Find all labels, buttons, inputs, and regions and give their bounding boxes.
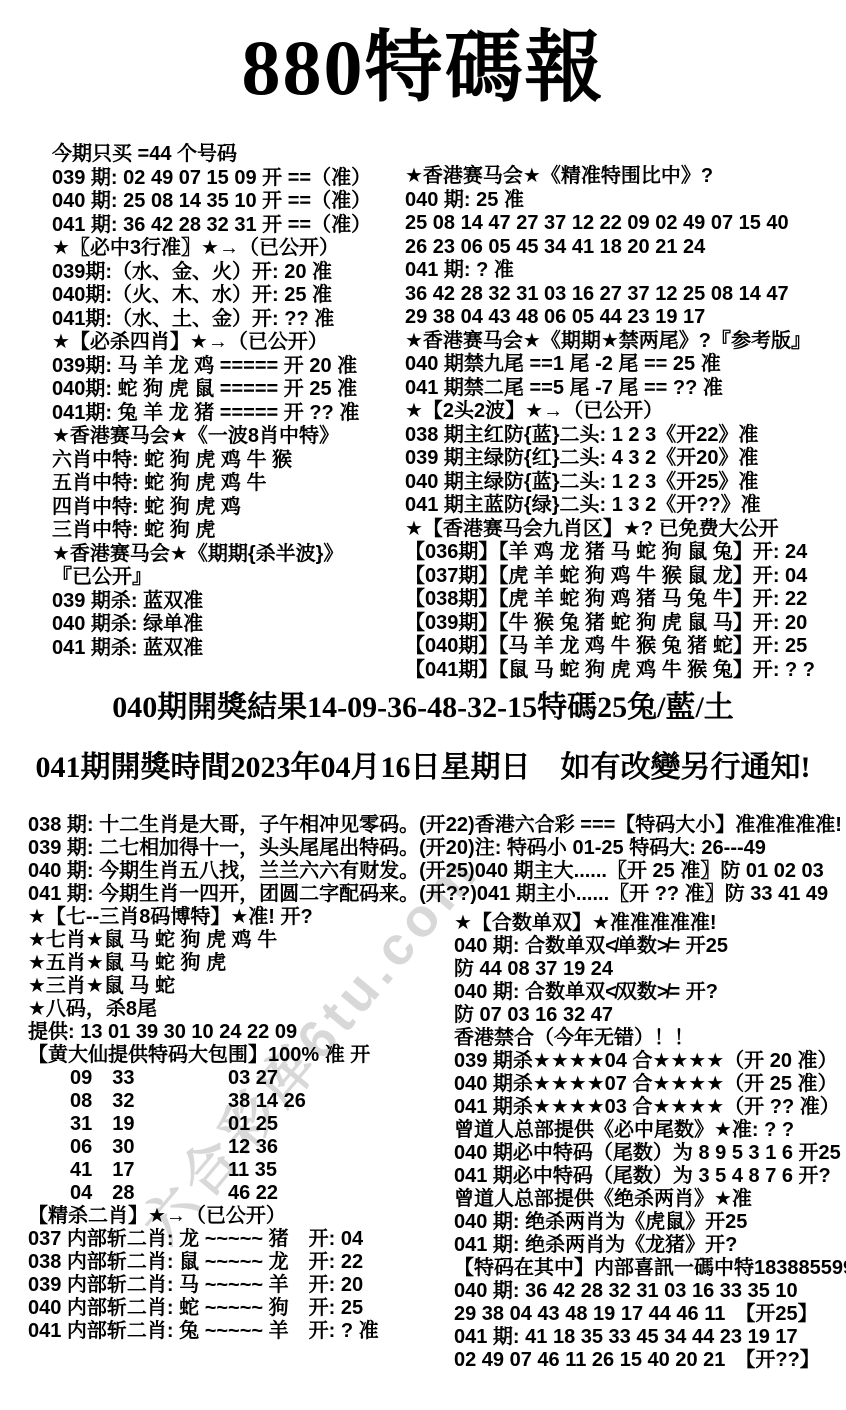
text-line: 041 期: 36 42 28 32 31 开 ==（准） [52, 214, 405, 238]
bottom-right-column: ★【合数单双】★准准准准准!040 期: 合数单双≮单数≯= 开25防 44 0… [430, 906, 846, 1372]
text-line: 039 期杀★★★★04 合★★★★（开 20 准） [454, 1050, 846, 1073]
number-pair: 03 27 [228, 1067, 306, 1090]
text-line: 【039期】【牛 猴 兔 猪 蛇 狗 虎 鼠 马】开: 20 [405, 612, 846, 636]
number-pair: 46 22 [228, 1182, 306, 1205]
text-line: 039 期主绿防{红}二头: 4 3 2《开20》准 [405, 447, 846, 471]
number-pair: 12 36 [228, 1136, 306, 1159]
page-title: 880特碼報 [0, 20, 846, 115]
text-line: 041 期禁二尾 ==5 尾 -7 尾 == ?? 准 [405, 377, 846, 401]
bottom-left-column: ★【七--三肖8码博特】★准! 开?★七肖★鼠 马 蛇 狗 虎 鸡 牛★五肖★鼠… [0, 906, 430, 1372]
text-line: 五肖中特: 蛇 狗 虎 鸡 牛 [52, 472, 405, 496]
bottom-left-top-lines: ★【七--三肖8码博特】★准! 开?★七肖★鼠 马 蛇 狗 虎 鸡 牛★五肖★鼠… [28, 906, 430, 1067]
text-line: 29 38 04 43 48 19 17 44 46 11 【开25】 [454, 1303, 846, 1326]
text-line: ★五肖★鼠 马 蛇 狗 虎 [28, 952, 430, 975]
text-line: 040 期: 合数单双≮单数≯= 开25 [454, 935, 846, 958]
text-line: 提供: 13 01 39 30 10 24 22 09 [28, 1021, 430, 1044]
number-pair: 31 19 [70, 1113, 198, 1136]
number-pair: 41 17 [70, 1159, 198, 1182]
text-line: 038 内部斩二肖: 鼠 ~~~~~ 龙 开: 22 [28, 1251, 430, 1274]
top-right-column: ★香港赛马会★《精准特围比中》?040 期: 25 准25 08 14 47 2… [405, 143, 846, 682]
text-line: 六肖中特: 蛇 狗 虎 鸡 牛 猴 [52, 449, 405, 473]
next-draw-time-banner: 041期開獎時間2023年04月16日星期日 如有改變另行通知! [0, 750, 846, 786]
text-line: 041 内部斩二肖: 兔 ~~~~~ 羊 开: ? 准 [28, 1320, 430, 1343]
top-section: 今期只买 =44 个号码039 期: 02 49 07 15 09 开 ==（准… [0, 143, 846, 682]
text-line: 040 期杀: 绿单准 [52, 613, 405, 637]
number-pair: 11 35 [228, 1159, 306, 1182]
text-line: 三肖中特: 蛇 狗 虎 [52, 519, 405, 543]
text-line: ★香港赛马会★《期期★禁两尾》?『参考版』 [405, 330, 846, 354]
text-line: 【特码在其中】内部喜訊一碼中特18388559998李總 [454, 1257, 846, 1280]
text-line: 039 期: 02 49 07 15 09 开 ==（准） [52, 167, 405, 191]
text-line: ★八码，杀8尾 [28, 998, 430, 1021]
text-line: 041期: 兔 羊 龙 猪 ===== 开 ?? 准 [52, 402, 405, 426]
text-line: 038 期主红防{蓝}二头: 1 2 3《开22》准 [405, 424, 846, 448]
text-line: 040 期: 25 08 14 35 10 开 ==（准） [52, 190, 405, 214]
text-line: 29 38 04 43 48 06 05 44 23 19 17 [405, 306, 846, 330]
number-pair: 08 32 [70, 1090, 198, 1113]
text-line: 041期:（水、土、金）开: ?? 准 [52, 308, 405, 332]
text-line: ★【必杀四肖】★→（已公开） [52, 331, 405, 355]
text-line: 26 23 06 05 45 34 41 18 20 21 24 [405, 236, 846, 260]
top-left-column: 今期只买 =44 个号码039 期: 02 49 07 15 09 开 ==（准… [0, 143, 405, 682]
text-line: 039 内部斩二肖: 马 ~~~~~ 羊 开: 20 [28, 1274, 430, 1297]
text-line: 36 42 28 32 31 03 16 27 37 12 25 08 14 4… [405, 283, 846, 307]
text-line: 【黄大仙提供特码大包围】100% 准 开 [28, 1044, 430, 1067]
text-line: ★【七--三肖8码博特】★准! 开? [28, 906, 430, 929]
text-line: 曾道人总部提供《绝杀两肖》★准 [454, 1188, 846, 1211]
text-line: 041 期: ? 准 [405, 259, 846, 283]
text-line: 040 期杀★★★★07 合★★★★（开 25 准） [454, 1073, 846, 1096]
text-line: 039期:（水、金、火）开: 20 准 [52, 261, 405, 285]
text-line: 040 期主绿防{蓝}二头: 1 2 3《开25》准 [405, 471, 846, 495]
number-pair: 38 14 26 [228, 1090, 306, 1113]
text-line: 037 内部斩二肖: 龙 ~~~~~ 猪 开: 04 [28, 1228, 430, 1251]
text-line: 香港禁合（今年无错）！！ [454, 1027, 846, 1050]
text-line: 【041期】【鼠 马 蛇 狗 虎 鸡 牛 猴 兔】开: ? ? [405, 659, 846, 683]
text-line: ★【香港赛马会九肖区】★? 已免费大公开 [405, 518, 846, 542]
text-line: ★香港赛马会★《一波8肖中特》 [52, 425, 405, 449]
text-line: 【精杀二肖】★→（已公开） [28, 1205, 430, 1228]
number-pair: 06 30 [70, 1136, 198, 1159]
number-pair: 01 25 [228, 1113, 306, 1136]
text-line: 040 期: 25 准 [405, 189, 846, 213]
text-line: 今期只买 =44 个号码 [52, 143, 405, 167]
text-line: 25 08 14 47 27 37 12 22 09 02 49 07 15 4… [405, 212, 846, 236]
text-line: ★〖必中3行准〗★→（已公开） [52, 237, 405, 261]
lottery-report-page: 六合彩库6tu.com 880特碼報 今期只买 =44 个号码039 期: 02… [0, 0, 846, 1410]
text-line: 【037期】【虎 羊 蛇 狗 鸡 牛 猴 鼠 龙】开: 04 [405, 565, 846, 589]
bottom-left-bottom-lines: 【精杀二肖】★→（已公开）037 内部斩二肖: 龙 ~~~~~ 猪 开: 040… [28, 1205, 430, 1343]
text-line: 四肖中特: 蛇 狗 虎 鸡 [52, 496, 405, 520]
text-line: 【036期】【羊 鸡 龙 猪 马 蛇 狗 鼠 兔】开: 24 [405, 541, 846, 565]
text-line: ★三肖★鼠 马 蛇 [28, 975, 430, 998]
poem-section: 038 期: 十二生肖是大哥，子午相冲见零码。(开22)香港六合彩 ===【特码… [0, 814, 846, 906]
text-line: 041 期必中特码（尾数）为 3 5 4 8 7 6 开? [454, 1165, 846, 1188]
text-line: 041 期杀★★★★03 合★★★★（开 ?? 准） [454, 1096, 846, 1119]
text-line: 【040期】【马 羊 龙 鸡 牛 猴 兔 猪 蛇】开: 25 [405, 635, 846, 659]
text-line: 040 内部斩二肖: 蛇 ~~~~~ 狗 开: 25 [28, 1297, 430, 1320]
text-line: 040期:（火、木、水）开: 25 准 [52, 284, 405, 308]
poem-line: 040 期: 今期生肖五八找，兰兰六六有财发。(开25)040 期主大.....… [28, 860, 846, 883]
text-line: 040 期必中特码（尾数）为 8 9 5 3 1 6 开25 [454, 1142, 846, 1165]
number-table-column-2: 03 2738 14 2601 2512 3611 3546 22 [228, 1067, 306, 1205]
text-line: 039期: 马 羊 龙 鸡 ===== 开 20 准 [52, 355, 405, 379]
text-line: 曾道人总部提供《必中尾数》★准: ? ? [454, 1119, 846, 1142]
poem-line: 039 期: 二七相加得十一，头头尾尾出特码。(开20)注: 特码小 01-25… [28, 837, 846, 860]
text-line: 039 期杀: 蓝双准 [52, 590, 405, 614]
draw-result-banner: 040期開獎結果14-09-36-48-32-15特碼25兔/藍/土 [0, 690, 846, 726]
text-line: 040 期: 合数单双≮双数≯= 开? [454, 981, 846, 1004]
bottom-section: ★【七--三肖8码博特】★准! 开?★七肖★鼠 马 蛇 狗 虎 鸡 牛★五肖★鼠… [0, 906, 846, 1372]
text-line: 防 07 03 16 32 47 [454, 1004, 846, 1027]
text-line: ★【2头2波】★→（已公开） [405, 400, 846, 424]
text-line: 040 期: 绝杀两肖为《虎鼠》开25 [454, 1211, 846, 1234]
text-line: 防 44 08 37 19 24 [454, 958, 846, 981]
text-line: ★香港赛马会★《精准特围比中》? [405, 165, 846, 189]
text-line: 041 期: 41 18 35 33 45 34 44 23 19 17 [454, 1326, 846, 1349]
text-line: ★香港赛马会★《期期{杀半波}》 [52, 543, 405, 567]
text-line: ★【合数单双】★准准准准准! [454, 912, 846, 935]
text-line: 040 期禁九尾 ==1 尾 -2 尾 == 25 准 [405, 353, 846, 377]
text-line: ★七肖★鼠 马 蛇 狗 虎 鸡 牛 [28, 929, 430, 952]
text-line: 02 49 07 46 11 26 15 40 20 21 【开??】 [454, 1349, 846, 1372]
number-wrap-table: 09 3308 3231 1906 3041 1704 28 03 2738 1… [28, 1067, 430, 1205]
text-line: 041 期主蓝防{绿}二头: 1 3 2《开??》准 [405, 494, 846, 518]
report-content: 880特碼報 今期只买 =44 个号码039 期: 02 49 07 15 09… [0, 20, 846, 1372]
text-line: 『已公开』 [52, 566, 405, 590]
poem-line: 041 期: 今期生肖一四开，团圆二字配码来。(开??)041 期主小.....… [28, 883, 846, 906]
text-line: 040期: 蛇 狗 虎 鼠 ===== 开 25 准 [52, 378, 405, 402]
number-pair: 04 28 [70, 1182, 198, 1205]
number-table-column-1: 09 3308 3231 1906 3041 1704 28 [70, 1067, 198, 1205]
text-line: 041 期: 绝杀两肖为《龙猪》开? [454, 1234, 846, 1257]
poem-line: 038 期: 十二生肖是大哥，子午相冲见零码。(开22)香港六合彩 ===【特码… [28, 814, 846, 837]
text-line: 040 期: 36 42 28 32 31 03 16 33 35 10 [454, 1280, 846, 1303]
text-line: 【038期】【虎 羊 蛇 狗 鸡 猪 马 兔 牛】开: 22 [405, 588, 846, 612]
number-pair: 09 33 [70, 1067, 198, 1090]
text-line: 041 期杀: 蓝双准 [52, 637, 405, 661]
